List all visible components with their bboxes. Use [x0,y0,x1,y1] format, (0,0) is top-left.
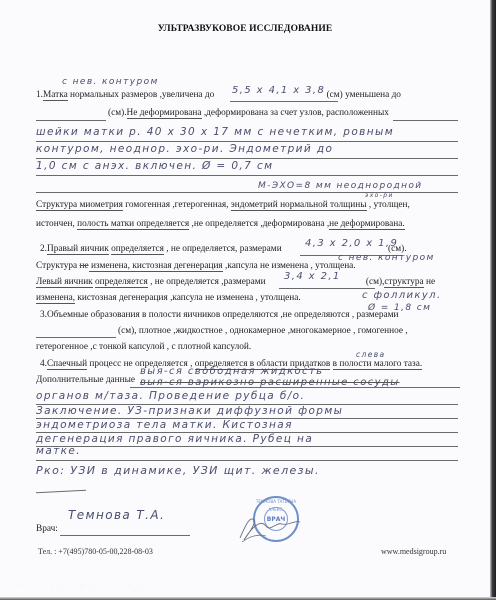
masses-line-2: (см), плотное ,жидкостное , однокамерное… [118,326,408,337]
additional-line-3: эндометриоза тела матки. Кистозная [36,419,293,431]
masses-size-blank [36,337,116,338]
doctor-label: Врач: [36,524,58,535]
rule-1 [36,141,458,142]
rule-add-4 [36,446,458,447]
rule-add-0 [130,387,460,388]
document-page: УЛЬТРАЗВУКОВОЕ ИССЛЕДОВАНИЕ с нев. конту… [0,0,490,597]
rule-2 [36,158,458,159]
handwritten-annotation-contour: с нев. контуром [62,77,159,87]
uterine-cavity-line: истончен, полость матки определяется ,не… [36,219,405,230]
myometrium-annotation-sub: эхо-ри [365,192,394,199]
masses-line-1: 3.Объемные образования в полости яичнико… [40,310,398,321]
additional-annotation-above: выя-ся свободная жидкость [140,366,323,377]
right-ovary-size-handwritten: 4,3 x 2,0 x 1,9 [305,238,398,249]
rule-3 [36,175,458,176]
uterus-line-1: 1.Матка нормальных размеров ,увеличена д… [36,90,401,101]
footer-phone: Тел. : +7(495)780-05-00,228-08-03 [38,547,153,556]
adhesion-annotation: слева [356,350,386,359]
myometrium-structure-line: Структура миометрия гомогенная ,гетероге… [36,200,410,211]
uterus-line-2: (см).Не деформирована ,деформирована за … [108,108,389,119]
doctor-signature-scribble [236,506,304,546]
additional-data-label: Дополнительные данные [36,375,135,386]
uterus-size-blank [230,101,338,102]
additional-line-5: матке. [36,445,81,457]
recommendation-underline [36,490,86,494]
handwritten-line-3: 1,0 см с анэх. включен. Ø = 0,7 см [36,160,273,172]
additional-line-1: органов м/таза. Проведение рубца б/о. [36,390,305,402]
uterus-size-handwritten: 5,5 x 4,1 x 3,8 [232,85,325,96]
handwritten-line-1: шейки матки р. 40 x 30 x 17 мм с нечетки… [36,126,394,138]
left-ovary-size-blank [279,288,375,289]
left-ovary-line: Левый яичник определяется , не определяе… [36,277,435,288]
reduced-size-blank [36,120,106,121]
nodes-location-blank [393,120,458,121]
myometrium-annotation: М-ЭХО=8 мм неоднородной [258,181,423,191]
handwritten-line-2: контуром, неоднор. эхо-ри. Эндометрий до [36,143,333,155]
rule-add-5 [36,460,458,461]
left-ovary-structure-line: изменена, кистозная дегенерация ,капсула… [36,293,301,304]
recommendation-handwritten: Рко: УЗИ в динамике, УЗИ щит. железы. [36,464,320,477]
masses-line-3: гетерогенное ,с тонкой капсулой , с плот… [36,342,251,353]
left-ovary-annotation-follicle: с фолликул. [362,290,442,301]
left-ovary-size-handwritten: 3,4 x 2,1 [284,271,341,282]
document-title: УЛЬТРАЗВУКОВОЕ ИССЛЕДОВАНИЕ [0,24,490,34]
doctor-name-handwritten: Темнова Т.А. [68,508,165,522]
scan-edge-right [490,0,496,600]
rule-4 [36,192,458,193]
additional-line-4: дегенерация правого яичника. Рубец на [36,433,313,445]
doctor-signature-line [60,535,190,536]
footer-website[interactable]: www.medsigroup.ru [381,547,446,556]
watermark: babyblog.ru/user/...love_forum [10,581,166,591]
additional-line-2: Заключение. УЗ-признаки диффузной формы [36,405,343,417]
